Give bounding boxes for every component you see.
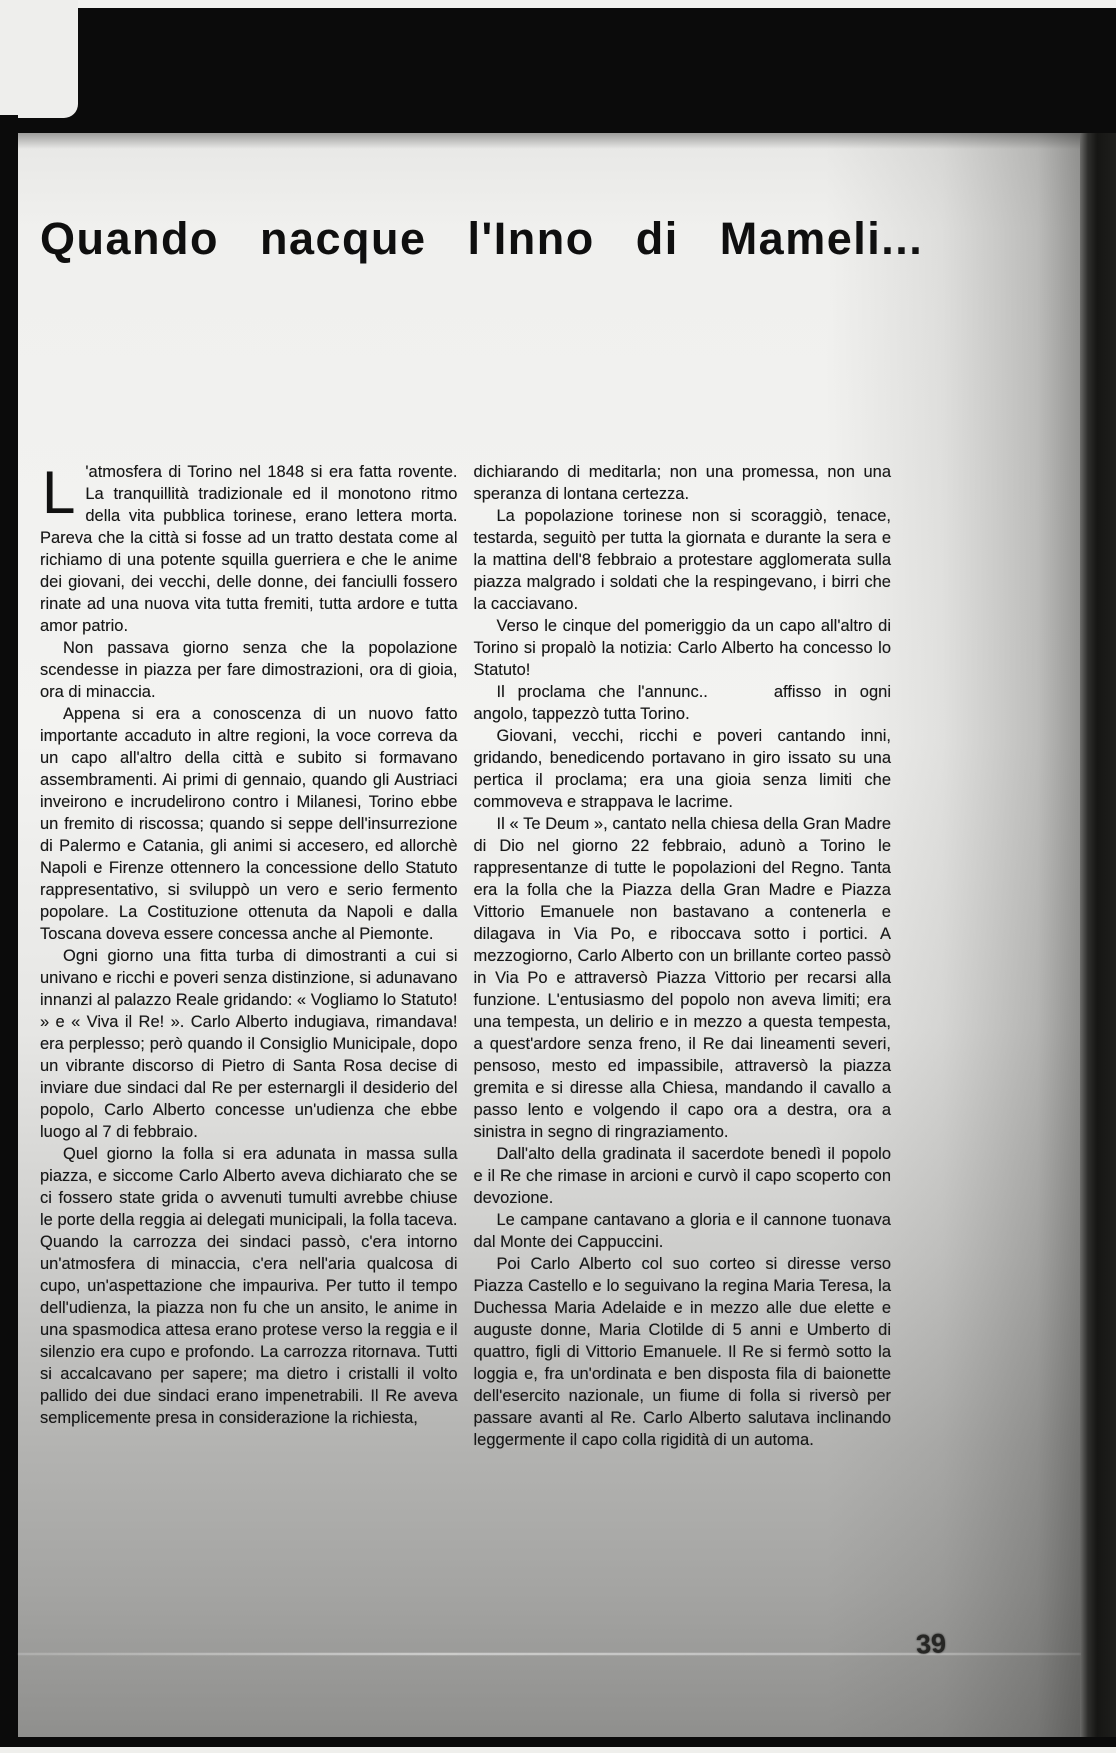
scan-dark-band-bottom bbox=[0, 1737, 1116, 1747]
paragraph: Non passava giorno senza che la popolazi… bbox=[40, 637, 458, 703]
article-body: L'atmosfera di Torino nel 1848 si era fa… bbox=[40, 461, 891, 1451]
scan-dark-band-top bbox=[0, 8, 1116, 134]
page-edge-shadow-right bbox=[1080, 133, 1116, 1747]
scan-corner-artifact bbox=[0, 0, 78, 118]
paragraph: Il proclama che l'annunc.. affisso in og… bbox=[474, 681, 892, 725]
scan-edge-bottom bbox=[0, 1747, 1116, 1753]
paragraph: L'atmosfera di Torino nel 1848 si era fa… bbox=[40, 461, 458, 637]
paragraph: dichiarando di meditarla; non una promes… bbox=[474, 461, 892, 505]
paragraph: Appena si era a conoscenza di un nuovo f… bbox=[40, 703, 458, 945]
magazine-page: Quando nacque l'Inno di Mameli... L'atmo… bbox=[18, 133, 1080, 1737]
paragraph: Giovani, vecchi, ricchi e poveri cantand… bbox=[474, 725, 892, 813]
drop-cap: L bbox=[42, 465, 75, 521]
paragraph: Poi Carlo Alberto col suo corteo si dire… bbox=[474, 1253, 892, 1451]
paragraph: Quel giorno la folla si era adunata in m… bbox=[40, 1143, 458, 1429]
text-column-right: dichiarando di meditarla; non una promes… bbox=[474, 461, 892, 1451]
paragraph: La popolazione torinese non si scoraggiò… bbox=[474, 505, 892, 615]
paragraph: Il « Te Deum », cantato nella chiesa del… bbox=[474, 813, 892, 1143]
scan-edge-left bbox=[0, 115, 18, 1747]
paragraph: Dall'alto della gradinata il sacerdote b… bbox=[474, 1143, 892, 1209]
paragraph: Le campane cantavano a gloria e il canno… bbox=[474, 1209, 892, 1253]
article-title: Quando nacque l'Inno di Mameli... bbox=[40, 213, 923, 265]
paragraph-text: 'atmosfera di Torino nel 1848 si era fat… bbox=[40, 463, 458, 635]
paragraph: Verso le cinque del pomeriggio da un cap… bbox=[474, 615, 892, 681]
page-number: 39 bbox=[915, 1628, 947, 1661]
paragraph: Ogni giorno una fitta turba di dimostran… bbox=[40, 945, 458, 1143]
text-column-left: L'atmosfera di Torino nel 1848 si era fa… bbox=[40, 461, 458, 1451]
page-top-shadow bbox=[18, 133, 1080, 149]
scanned-page-background: Quando nacque l'Inno di Mameli... L'atmo… bbox=[0, 0, 1116, 1753]
